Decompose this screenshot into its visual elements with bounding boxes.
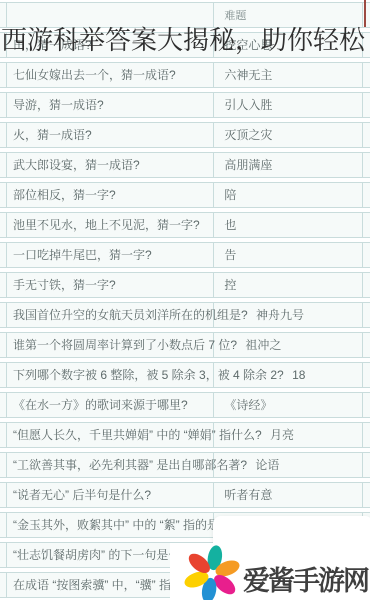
answer-cell: 神舟九号 bbox=[251, 303, 304, 327]
table-row: “工欲善其事，必先利其器” 是出自哪部名著? 论语 bbox=[0, 452, 370, 478]
site-name: 爱酱手游网 bbox=[243, 559, 368, 598]
table-row: 七仙女嫁出去一个，猜一成语? 六神无主 bbox=[0, 62, 370, 88]
table-row: 我国首位升空的女航天员刘洋所在的机组是? 神舟九号 bbox=[0, 302, 370, 328]
answer-cell: 灭顶之灾 bbox=[219, 123, 272, 147]
table-row: “但愿人长久，千里共婵娟” 中的 “婵娟” 指什么? 月亮 bbox=[0, 422, 370, 448]
answer-cell: 引人入胜 bbox=[219, 93, 272, 117]
question-cell: 谁第一个将圆周率计算到了小数点后 7 位? bbox=[0, 333, 237, 357]
question-cell: 部位相反，猜一字? bbox=[0, 183, 216, 207]
answer-cell: 陪 bbox=[219, 183, 236, 207]
question-cell: 火，猜一成语? bbox=[0, 123, 216, 147]
table-row: 谁第一个将圆周率计算到了小数点后 7 位? 祖冲之 bbox=[0, 332, 370, 358]
question-cell: 《在水一方》的歌词来源于哪里? bbox=[0, 393, 216, 417]
table-row: 手无寸铁，猜一字? 控 bbox=[0, 272, 370, 298]
table-row: 《在水一方》的歌词来源于哪里? 《诗经》 bbox=[0, 392, 370, 418]
answer-cell: 高朋满座 bbox=[219, 153, 272, 177]
table-row: 武大郎设宴，猜一成语? 高朋满座 bbox=[0, 152, 370, 178]
answer-cell: 听者有意 bbox=[219, 483, 272, 507]
answer-cell: 也 bbox=[219, 213, 236, 237]
question-cell: 我国首位升空的女航天员刘洋所在的机组是? bbox=[0, 303, 248, 327]
question-cell: “说者无心” 后半句是什么? bbox=[0, 483, 216, 507]
answer-cell: 控 bbox=[219, 273, 236, 297]
question-cell: 手无寸铁，猜一字? bbox=[0, 273, 216, 297]
table-row: 一口吃掉牛尾巴，猜一字? 告 bbox=[0, 242, 370, 268]
table-row: 火，猜一成语? 灭顶之灾 bbox=[0, 122, 370, 148]
question-cell: 七仙女嫁出去一个，猜一成语? bbox=[0, 63, 216, 87]
answer-cell: 论语 bbox=[250, 453, 279, 477]
question-cell: 一口吃掉牛尾巴，猜一字? bbox=[0, 243, 216, 267]
question-cell: “但愿人长久，千里共婵娟” 中的 “婵娟” 指什么? bbox=[0, 423, 262, 447]
table-row: 池里不见水，地上不见泥，猜一字? 也 bbox=[0, 212, 370, 238]
table-row: “说者无心” 后半句是什么? 听者有意 bbox=[0, 482, 370, 508]
answer-cell: 18 bbox=[287, 363, 305, 387]
answer-cell: 《诗经》 bbox=[219, 393, 272, 417]
question-cell: 池里不见水，地上不见泥，猜一字? bbox=[0, 213, 216, 237]
question-cell: 下列哪个数字被 6 整除，被 5 除余 3，被 4 除余 2? bbox=[0, 363, 284, 387]
page-title: 西游科举答案大揭秘，助你轻松 bbox=[1, 20, 370, 57]
answer-cell: 告 bbox=[219, 243, 236, 267]
question-cell: “工欲善其事，必先利其器” 是出自哪部名著? bbox=[0, 453, 247, 477]
qa-table: 难题 田，猜一成语? 挖空心思 七仙女嫁出去一个，猜一成语? 六神无主 导游，猜… bbox=[0, 2, 370, 600]
table-row: 导游，猜一成语? 引人入胜 bbox=[0, 92, 370, 118]
page: 难题 田，猜一成语? 挖空心思 七仙女嫁出去一个，猜一成语? 六神无主 导游，猜… bbox=[0, 0, 370, 600]
answer-cell: 月亮 bbox=[265, 423, 294, 447]
table-row: 部位相反，猜一字? 陪 bbox=[0, 182, 370, 208]
answer-cell: 六神无主 bbox=[219, 63, 272, 87]
flower-logo-icon bbox=[184, 546, 240, 600]
answer-cell: 祖冲之 bbox=[240, 333, 281, 357]
site-watermark: 爱酱手游网 bbox=[184, 546, 370, 600]
question-cell: 导游，猜一成语? bbox=[0, 93, 216, 117]
question-cell: 武大郎设宴，猜一成语? bbox=[0, 153, 216, 177]
table-row: 下列哪个数字被 6 整除，被 5 除余 3，被 4 除余 2? 18 bbox=[0, 362, 370, 388]
